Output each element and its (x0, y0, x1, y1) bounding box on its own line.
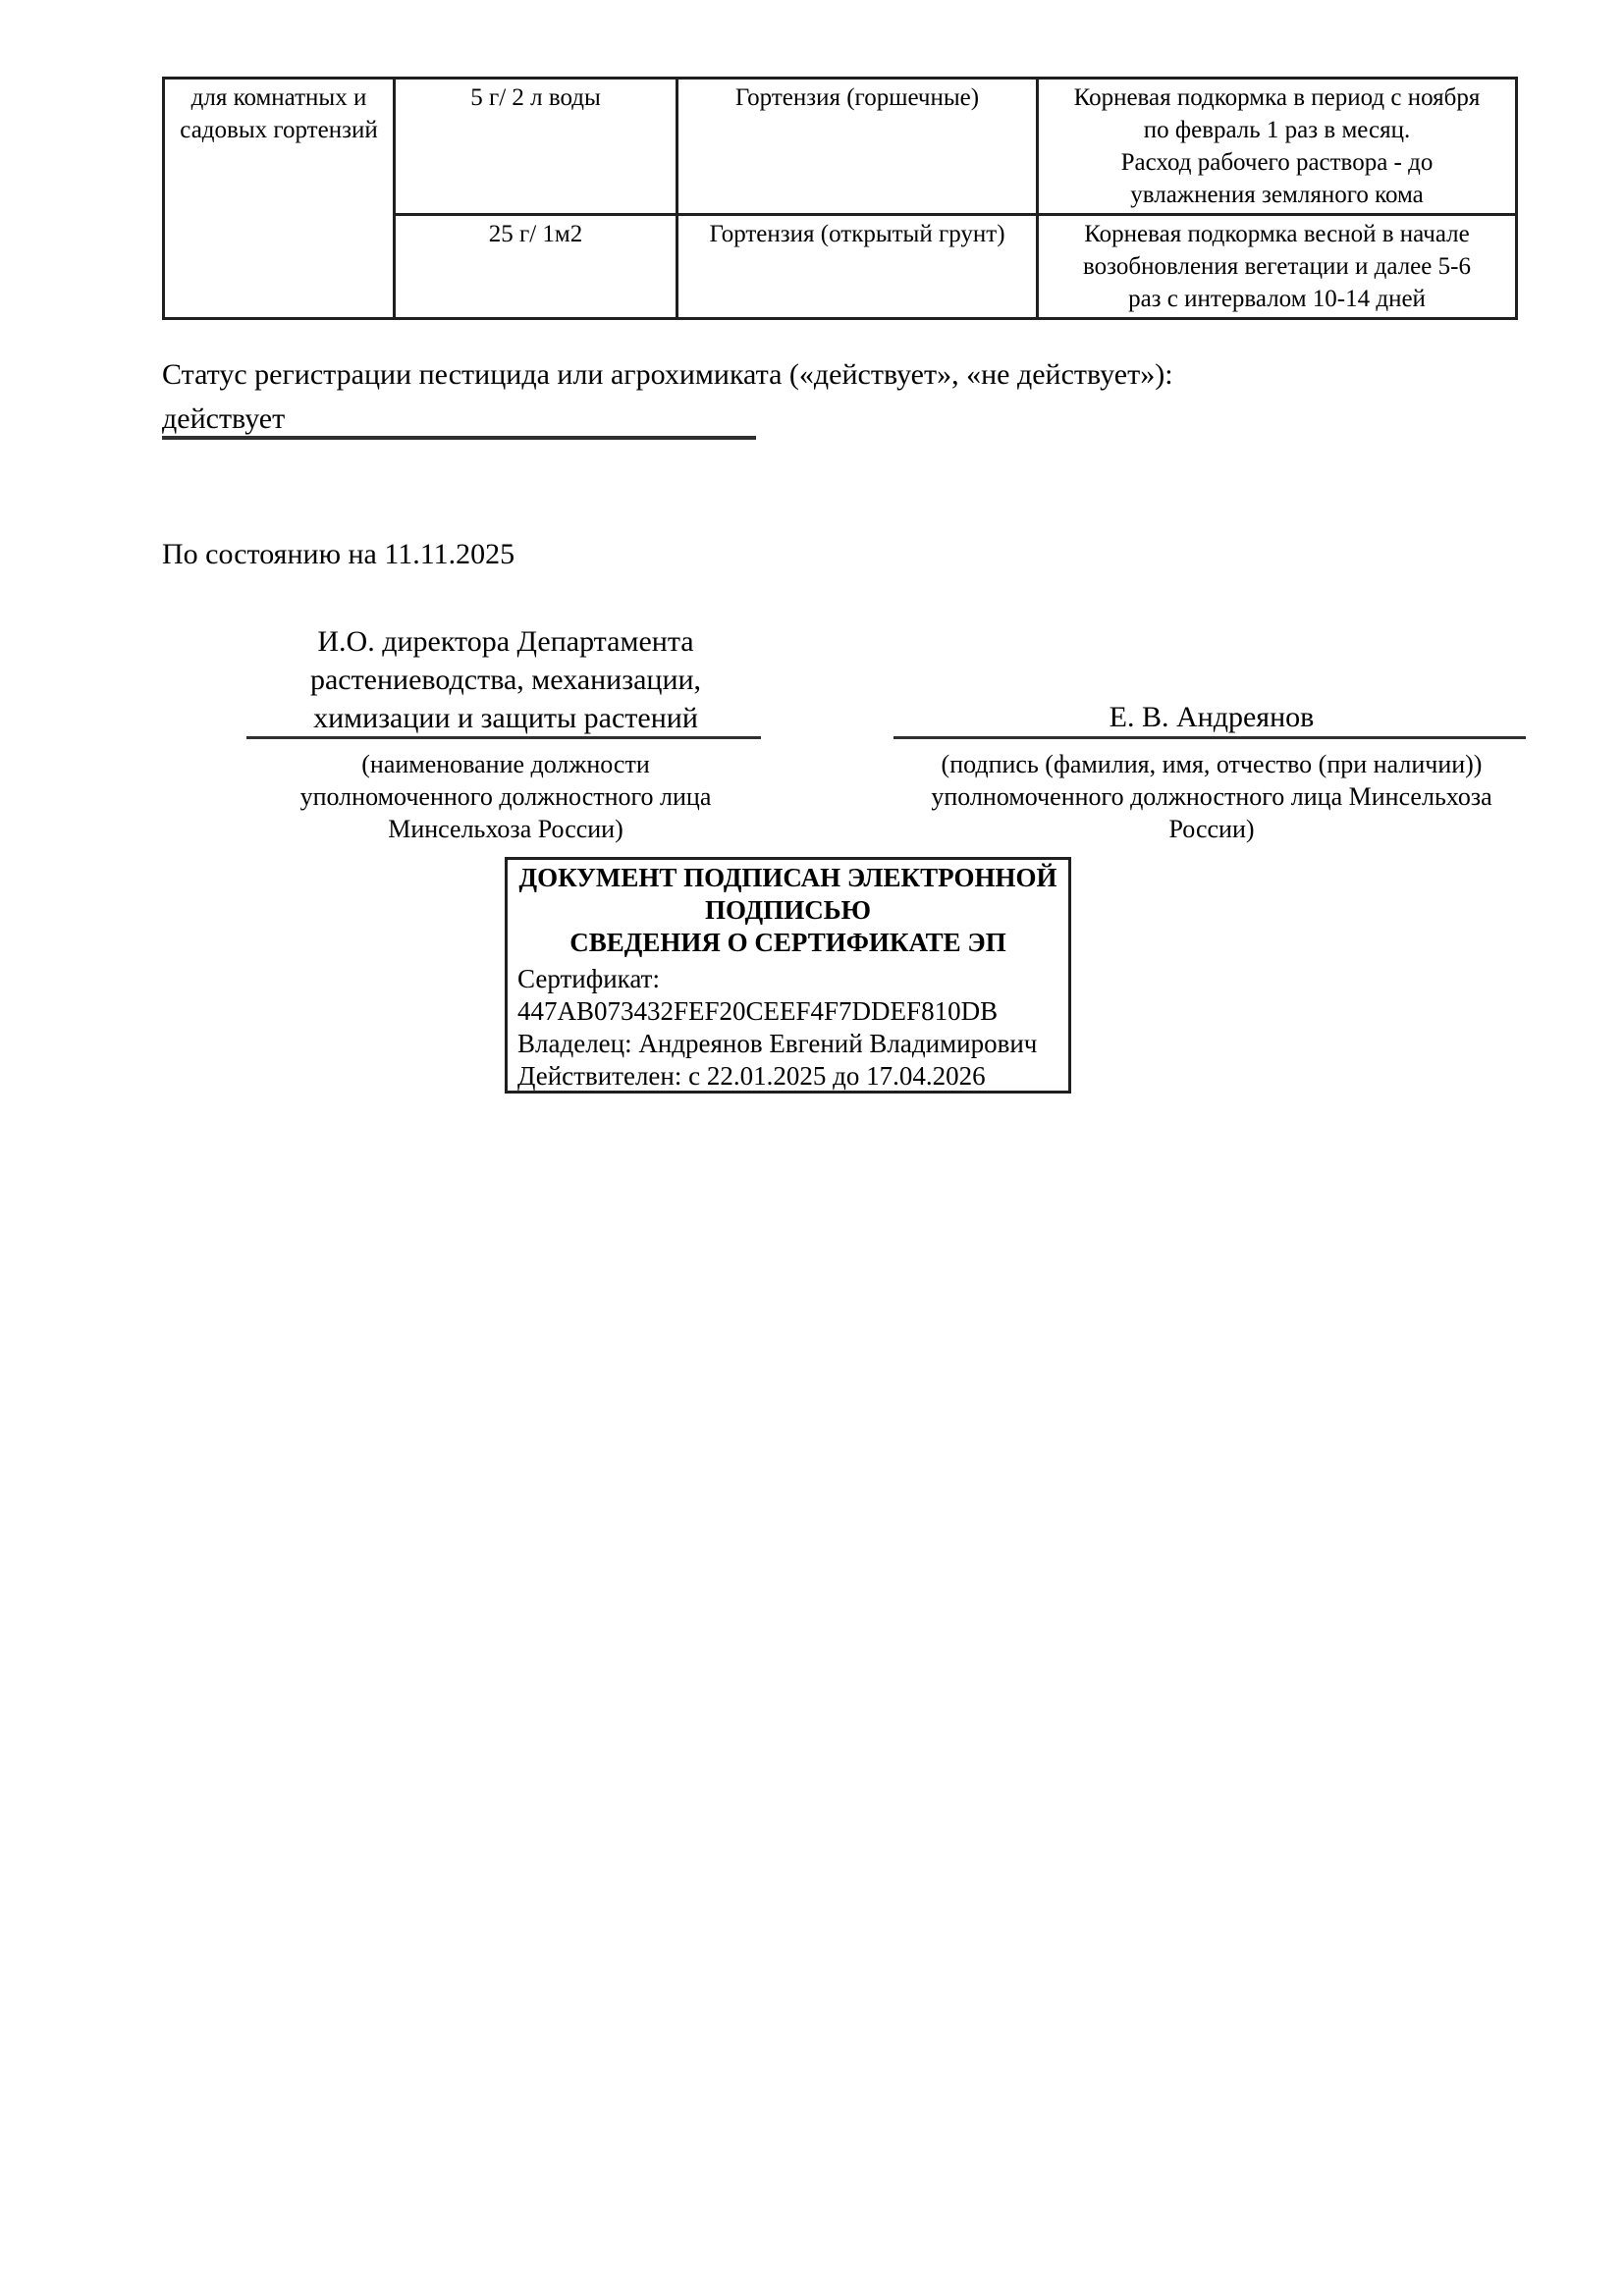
e-signature-stamp: ДОКУМЕНТ ПОДПИСАН ЭЛЕКТРОННОЙ ПОДПИСЬЮ С… (505, 857, 1071, 1094)
name-caption: (подпись (фамилия, имя, отчество (при на… (893, 748, 1530, 845)
certificate-validity: Действителен: с 22.01.2025 до 17.04.2026 (508, 1060, 1068, 1093)
table-cell-culture-row2: Гортензия (открытый грунт) (677, 215, 1038, 319)
table-cell-usage-row1: Корневая подкормка в период с ноября по … (1038, 79, 1517, 215)
certificate-number: 447AB073432FEF20CEEF4F7DDEF810DB (508, 995, 1068, 1028)
certificate-owner: Владелец: Андреянов Евгений Владимирович (508, 1028, 1068, 1060)
table-cell-culture-row1: Гортензия (горшечные) (677, 79, 1038, 215)
table-cell-dose-row1: 5 г/ 2 л воды (395, 79, 677, 215)
name-signature-line (893, 736, 1526, 739)
e-signature-stamp-header: ДОКУМЕНТ ПОДПИСАН ЭЛЕКТРОННОЙ ПОДПИСЬЮ С… (508, 860, 1068, 959)
certificate-label: Сертификат: (508, 963, 1068, 995)
table-cell-crop-group: для комнатных и садовых гортензий (164, 79, 395, 319)
table-cell-dose-row2: 25 г/ 1м2 (395, 215, 677, 319)
table-cell-usage-row2: Корневая подкормка весной в начале возоб… (1038, 215, 1517, 319)
document-page: для комнатных и садовых гортензий 5 г/ 2… (0, 0, 1624, 2296)
signer-position-title: И.О. директора Департамента растениеводс… (245, 622, 766, 737)
table-row: для комнатных и садовых гортензий 5 г/ 2… (164, 79, 1517, 215)
position-caption: (наименование должности уполномоченного … (245, 748, 766, 845)
application-rate-table: для комнатных и садовых гортензий 5 г/ 2… (162, 77, 1518, 320)
registration-status-label: Статус регистрации пестицида или агрохим… (162, 358, 1438, 392)
registration-status-value: действует (162, 402, 849, 436)
status-underline (162, 436, 756, 440)
position-signature-line (246, 736, 761, 739)
as-of-date: По состоянию на 11.11.2025 (162, 538, 947, 571)
signer-name: Е. В. Андреянов (893, 701, 1530, 734)
